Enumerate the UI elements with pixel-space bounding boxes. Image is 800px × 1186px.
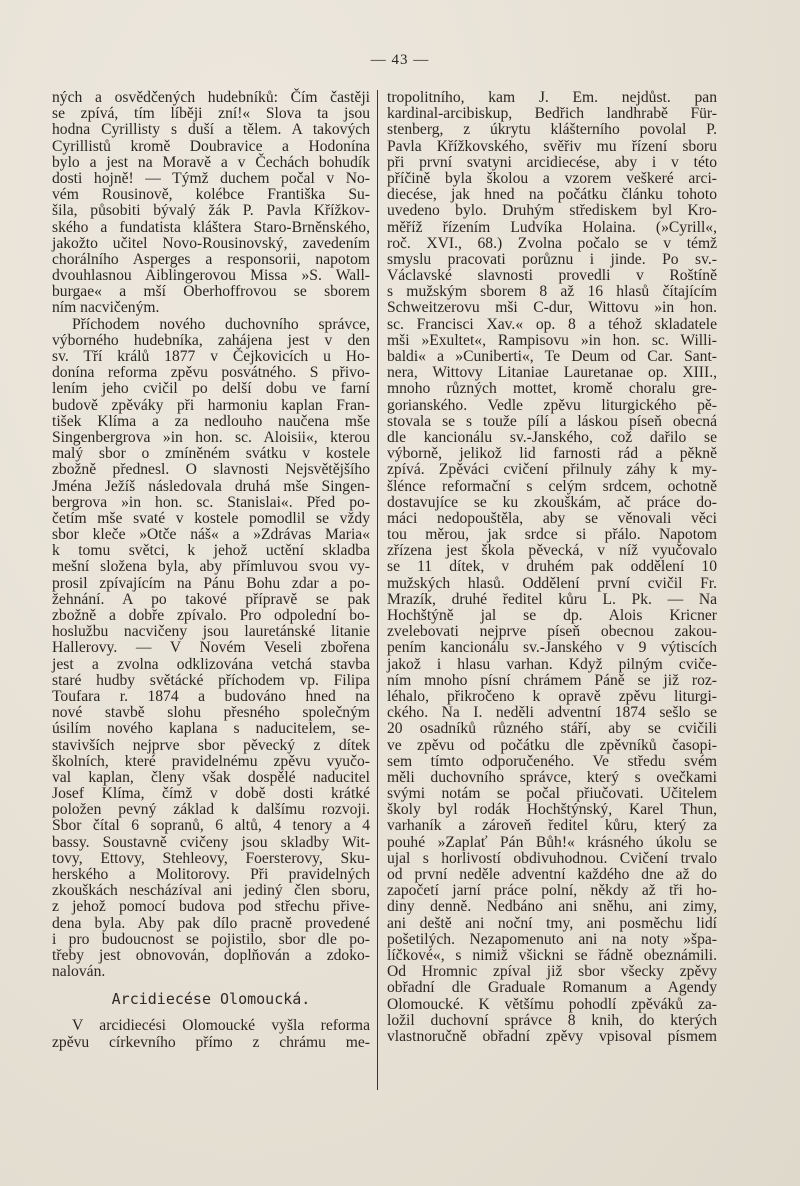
right-column: tropolitního, kam J. Em. nejdůst. pankar… [387, 90, 717, 1045]
text-line: smyslu pracovati porůznu i jinde. Po sv.… [387, 252, 717, 268]
text-line: Sbor čítal 6 sopranů, 6 altů, 4 tenory a… [52, 818, 370, 834]
text-line: od první neděle adventní každého dne až … [387, 867, 717, 883]
text-line: zpívá. Zpěváci cvičení přilnuly záhy k m… [387, 462, 717, 478]
text-line: šila, působiti bývalý žák P. Pavla Křížk… [52, 203, 370, 219]
text-line: položen pevný základ k dalšímu rozvoji. [52, 802, 370, 818]
text-line: ani deště ani noční tmy, ani posměchu li… [387, 916, 717, 932]
text-line: dle kancionálu sv.-Janského, což dařilo … [387, 430, 717, 446]
text-line: ckého. Na I. neděli adventní 1874 sešlo … [387, 705, 717, 721]
text-line: hoslužbu nacvičeny jsou lauretánské lita… [52, 624, 370, 640]
text-line: příčině byla školou a vzorem veškeré arc… [387, 171, 717, 187]
text-line: sbor kleče »Otče náš« a »Zdrávas Maria« [52, 527, 370, 543]
text-line: četím mše svaté v kostele pomodlil se vž… [52, 511, 370, 527]
text-line: mnoho různých mottet, kromě choralu gre- [387, 381, 717, 397]
text-line: gorianského. Vedle zpěvu liturgického pě… [387, 398, 717, 414]
text-line: ve zpěvu od počátku dle zpěvníků časopi- [387, 738, 717, 754]
section-heading: Arcidiecése Olomoucká. [52, 990, 370, 1008]
text-line: ných a osvědčených hudebníků: Čím častěj… [52, 90, 370, 106]
text-line: výborně, jelikož lid farnosti rád a pěkn… [387, 446, 717, 462]
text-line: mešní složena byla, aby přímluvou svou v… [52, 559, 370, 575]
text-line: z jehož pomocí budova pod střechu přive- [52, 899, 370, 915]
text-line: stovala se s touže pílí a láskou píseň o… [387, 414, 717, 430]
text-line: roč. XVI., 68.) Zvolna počalo se v témž [387, 236, 717, 252]
text-line: zbožně přednesl. O slavnosti Nejsvětější… [52, 462, 370, 478]
text-line: val kaplan, členy však dospělé naducitel [52, 770, 370, 786]
left-paragraph-2: Příchodem nového duchovního správce,výbo… [52, 317, 370, 981]
text-line: ním mnoho písní chrámem Páně se již roz- [387, 673, 717, 689]
text-line: baldi« a »Cuniberti«, Te Deum od Car. Sa… [387, 349, 717, 365]
text-line: vlastnoručně obřadní zpěvy vpisoval písm… [387, 1029, 717, 1045]
text-line: výborného hudebníka, zahájena jest v den [52, 333, 370, 349]
text-line: kardinal-arcibiskup, Bedřich landhrabě F… [387, 106, 717, 122]
text-line: úsilím nového kaplana s naducitelem, se- [52, 721, 370, 737]
text-line: zbožně a dobře zpívalo. Pro odpolední bo… [52, 608, 370, 624]
text-line: Schweitzerovu mši C-dur, Wittovu »in hon… [387, 300, 717, 316]
text-line: zvelebovati nejprve píseň obecnou zakou- [387, 624, 717, 640]
text-line: hodna Cyrillisty s duší a tělem. A takov… [52, 122, 370, 138]
text-line: školních, které pravidelnému zpěvu vyučo… [52, 754, 370, 770]
text-line: k tomu světci, k jehož uctění skladba [52, 543, 370, 559]
text-line: se zpívá, tím líběji zní!« Slova ta jsou [52, 106, 370, 122]
text-line: pením kancionálu sv.-Janského v 9 výtisc… [387, 640, 717, 656]
text-line: Singenbergrova »in hon. sc. Aloisii«, kt… [52, 430, 370, 446]
text-line: tropolitního, kam J. Em. nejdůst. pan [387, 90, 717, 106]
text-line: nové stavbě slohu přesného společným [52, 705, 370, 721]
text-line: prosil zpívajícím na Pánu Bohu zdar a po… [52, 576, 370, 592]
text-line: bylo a jest na Moravě a v Čechách bohudí… [52, 155, 370, 171]
text-line: dostavujíce se ku zkouškám, ač práce do- [387, 495, 717, 511]
text-line: zkouškách nescházíval ani jediný člen sb… [52, 883, 370, 899]
text-line: Josef Klíma, čímž v době dosti krátké [52, 786, 370, 802]
text-line: varhaník a zároveň ředitel kůru, který z… [387, 818, 717, 834]
left-column: ných a osvědčených hudebníků: Čím častěj… [52, 90, 370, 1051]
text-line: Hallerovy. — V Novém Veseli zbořena [52, 640, 370, 656]
text-line: ním nacvičeným. [52, 300, 370, 316]
text-line: při první svatyni arcidiecése, aby i v t… [387, 155, 717, 171]
text-line: uvedeno bylo. Druhým střediskem byl Kro- [387, 203, 717, 219]
text-line: ujal s horlivostí obdivuhodnou. Cvičení … [387, 851, 717, 867]
text-line: Toufara r. 1874 a budováno hned na [52, 689, 370, 705]
text-line: dosti hojně! — Týmž duchem počal v No- [52, 171, 370, 187]
text-line: Mrazík, druhé ředitel kůru L. Pk. — Na [387, 592, 717, 608]
text-line: bergrova »in hon. sc. Stanislai«. Před p… [52, 495, 370, 511]
text-line: jest a zvolna odklizována vetchá stavba [52, 657, 370, 673]
text-line: chorálního Asperges a responsorii, napot… [52, 252, 370, 268]
text-line: nalován. [52, 964, 370, 980]
text-line: burgae« a mší Oberhoffrovou se sborem [52, 284, 370, 300]
text-line: tišek Klíma a za nedlouho naučena mše [52, 414, 370, 430]
text-line: Příchodem nového duchovního správce, [52, 317, 370, 333]
text-line: obřadní dle Graduale Romanum a Agendy [387, 980, 717, 996]
text-line: donína reforma zpěvu posvátného. S přivo… [52, 365, 370, 381]
text-line: dvouhlasnou Aiblingerovou Missa »S. Wall… [52, 268, 370, 284]
text-line: bassy. Soustavně cvičeny jsou skladby Wi… [52, 835, 370, 851]
text-line: máci nedopouštěla, aby se věnovali věci [387, 511, 717, 527]
text-line: Olomoucké. K většímu pohodlí zpěváků za- [387, 997, 717, 1013]
text-line: Jména Ježíš následovala druhá mše Singen… [52, 479, 370, 495]
text-line: jakož i hlasu varhan. Když pilným cviče- [387, 657, 717, 673]
text-line: herského a Molitorovy. Při pravidelných [52, 867, 370, 883]
text-line: mužských hlasů. Oddělení první cvičil Fr… [387, 576, 717, 592]
text-line: pouhé »Zaplať Pán Bůh!« krásného úkolu s… [387, 835, 717, 851]
text-line: Od Hromnic zpíval již sbor všecky zpěvy [387, 964, 717, 980]
text-line: mši »Exultet«, Rampisovu »in hon. sc. Wi… [387, 333, 717, 349]
text-line: zřízena jest škola pěvecká, v níž vyučov… [387, 543, 717, 559]
text-line: líčkové«, s nimiž všickni se řádně obezn… [387, 948, 717, 964]
text-line: diny denně. Nedbáno ani sněhu, ani zimy, [387, 899, 717, 915]
text-line: stavivších nejprve sbor pěvecký z dítek [52, 738, 370, 754]
text-line: tovy, Ettovy, Stehleovy, Foersterovy, Sk… [52, 851, 370, 867]
text-line: školy byl rodák Hochštýnský, Karel Thun, [387, 802, 717, 818]
text-line: staré hudby světácké příchodem vp. Filip… [52, 673, 370, 689]
text-line: zpěvu církevního přímo z chrámu me- [52, 1035, 370, 1051]
text-line: diecése, jak hned na počátku článku toho… [387, 187, 717, 203]
text-line: započetí jarní práce polní, někdy až tři… [387, 883, 717, 899]
text-line: měříž řízením Ludvíka Holaina. (»Cyrill«… [387, 220, 717, 236]
text-line: pošetilých. Nezapomenuto ani na noty »šp… [387, 932, 717, 948]
text-line: stenberg, z úkrytu klášterního povolal P… [387, 122, 717, 138]
text-line: Václavské slavnosti provedli v Roštíně [387, 268, 717, 284]
text-line: nera, Wittovy Litaniae Lauretanae op. XI… [387, 365, 717, 381]
text-line: měli duchovního správce, který s ovečkam… [387, 770, 717, 786]
text-line: s mužským sborem 8 až 16 hlasů čítajícím [387, 284, 717, 300]
text-line: vém Rousinově, kolébce Františka Su- [52, 187, 370, 203]
text-line: sc. Francisci Xav.« op. 8 a téhož sklada… [387, 317, 717, 333]
text-line: jakožto učitel Novo-Rousinovský, zaveden… [52, 236, 370, 252]
text-line: Hochštýně jal se dp. Alois Kricner [387, 608, 717, 624]
text-line: V arcidiecési Olomoucké vyšla reforma [52, 1018, 370, 1034]
text-line: sv. Tří králů 1877 v Čejkovicích u Ho- [52, 349, 370, 365]
text-line: se 11 dítek, v druhém pak oddělení 10 [387, 559, 717, 575]
text-line: i pro budoucnost se pojistilo, sbor dle … [52, 932, 370, 948]
right-paragraph: tropolitního, kam J. Em. nejdůst. pankar… [387, 90, 717, 1045]
text-line: ložil duchovní správce 8 knih, do kterýc… [387, 1013, 717, 1029]
text-line: šlénce reformační s celým srdcem, ochotn… [387, 479, 717, 495]
page-number: — 43 — [0, 52, 800, 69]
text-line: Cyrillistů kromě Doubravice a Hodonína [52, 139, 370, 155]
text-line: svými notám se počal přiučovati. Učitele… [387, 786, 717, 802]
text-line: tou měrou, jak srdce si přálo. Napotom [387, 527, 717, 543]
text-line: Pavla Křížkovského, svěřiv mu řízení sbo… [387, 139, 717, 155]
text-line: dena byla. Aby pak dílo pracně provedené [52, 916, 370, 932]
text-line: ského a fundatista kláštera Staro-Brněns… [52, 220, 370, 236]
text-line: třeby jest obnovován, doplňován a zdoko- [52, 948, 370, 964]
text-line: lením jeho cvičil po delší dobu ve farní [52, 381, 370, 397]
text-line: 20 osadníků různého stáří, aby se cvičil… [387, 721, 717, 737]
text-line: léhalo, přikročeno k opravě zpěvu liturg… [387, 689, 717, 705]
text-line: žehnání. A po takové přípravě se pak [52, 592, 370, 608]
text-line: malý sbor o zmíněném svátku v kostele [52, 446, 370, 462]
left-paragraph-3: V arcidiecési Olomoucké vyšla reformazpě… [52, 1018, 370, 1050]
text-line: sem tímto odporučeného. Ve středu svém [387, 754, 717, 770]
left-paragraph-1: ných a osvědčených hudebníků: Čím častěj… [52, 90, 370, 317]
column-divider [377, 90, 378, 1090]
text-line: budově zpěváky při harmoniu kaplan Fran- [52, 398, 370, 414]
